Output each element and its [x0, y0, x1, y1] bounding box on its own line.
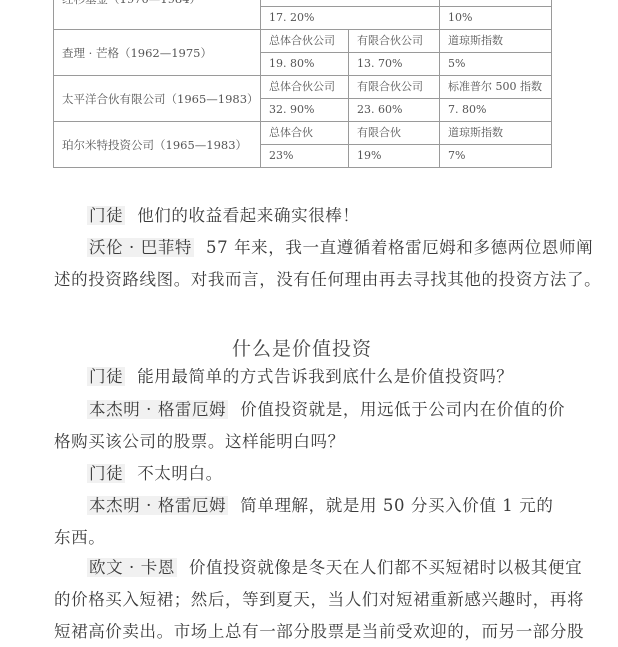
value-cell: 7. 80% [440, 99, 552, 122]
label-cell: 道琼斯指数 [440, 122, 552, 145]
speaker-name: 门徒 [87, 464, 125, 483]
section-heading: 什么是价值投资 [0, 334, 604, 361]
dialogue-text-line: 格购买该公司的股票。这样能明白吗？ [54, 430, 552, 454]
speaker-name: 门徒 [87, 206, 125, 225]
value-cell: 10% [440, 7, 552, 30]
dialogue-paragraph: 沃伦 · 巴菲特57 年来，我一直遵循着格雷厄姆和多德两位恩师阐 [54, 236, 552, 260]
label-cell: 总体合伙 [261, 122, 349, 145]
speaker-name: 欧文 · 卡恩 [87, 558, 177, 577]
dialogue-paragraph: 本杰明 · 格雷厄姆价值投资就是，用远低于公司内在价值的价 [54, 398, 552, 422]
label-cell: 标准普尔 500 指数 [440, 76, 552, 99]
dialogue-text: 他们的收益看起来确实很棒！ [137, 206, 359, 225]
dialogue-text-line: 述的投资路线图。对我而言，没有任何理由再去寻找其他的投资方法了。 [54, 268, 552, 292]
book-page: 红杉基金（1970—1984） 红杉基金 标准普尔 500 指数 17. 20%… [0, 0, 618, 647]
speaker-name: 沃伦 · 巴菲特 [87, 238, 194, 257]
dialogue-text: 简单理解，就是用 50 分买入价值 1 元的 [240, 496, 553, 515]
table-row: 查理 · 芒格（1962—1975） 总体合伙公司 有限合伙公司 道琼斯指数 [54, 30, 552, 53]
fund-name-cell: 查理 · 芒格（1962—1975） [54, 30, 261, 76]
dialogue-paragraph: 门徒不太明白。 [54, 462, 552, 486]
dialogue-text: 不太明白。 [137, 464, 223, 483]
dialogue-text-line: 东西。 [54, 526, 552, 550]
label-cell: 有限合伙公司 [349, 76, 440, 99]
fund-name-cell: 红杉基金（1970—1984） [54, 0, 261, 30]
speaker-name: 门徒 [87, 367, 125, 386]
dialogue-text: 价值投资就像是冬天在人们都不买短裙时以极其便宜 [189, 558, 582, 577]
value-cell: 13. 70% [349, 53, 440, 76]
label-cell: 有限合伙 [349, 122, 440, 145]
fund-name-cell: 珀尔米特投资公司（1965—1983） [54, 122, 261, 168]
table-row: 太平洋合伙有限公司（1965—1983） 总体合伙公司 有限合伙公司 标准普尔 … [54, 76, 552, 99]
dialogue-paragraph: 本杰明 · 格雷厄姆简单理解，就是用 50 分买入价值 1 元的 [54, 494, 552, 518]
dialogue-text: 57 年来，我一直遵循着格雷厄姆和多德两位恩师阐 [206, 238, 593, 257]
dialogue-paragraph: 欧文 · 卡恩价值投资就像是冬天在人们都不买短裙时以极其便宜 [54, 556, 552, 580]
value-cell: 7% [440, 145, 552, 168]
label-cell: 有限合伙公司 [349, 30, 440, 53]
table-row: 红杉基金（1970—1984） 红杉基金 标准普尔 500 指数 [54, 0, 552, 7]
dialogue-paragraph: 门徒他们的收益看起来确实很棒！ [54, 204, 552, 228]
label-cell: 总体合伙公司 [261, 76, 349, 99]
dialogue-paragraph: 门徒能用最简单的方式告诉我到底什么是价值投资吗？ [54, 365, 552, 389]
dialogue-text-line: 的价格买入短裙；然后，等到夏天，当人们对短裙重新感兴趣时，再将 [54, 588, 552, 612]
fund-returns-table: 红杉基金（1970—1984） 红杉基金 标准普尔 500 指数 17. 20%… [53, 0, 552, 168]
value-cell: 17. 20% [261, 7, 440, 30]
fund-name-cell: 太平洋合伙有限公司（1965—1983） [54, 76, 261, 122]
speaker-name: 本杰明 · 格雷厄姆 [87, 400, 228, 419]
value-cell: 5% [440, 53, 552, 76]
table-row: 珀尔米特投资公司（1965—1983） 总体合伙 有限合伙 道琼斯指数 [54, 122, 552, 145]
dialogue-text-line: 短裙高价卖出。市场上总有一部分股票是当前受欢迎的，而另一部分股 [54, 620, 552, 644]
label-cell: 道琼斯指数 [440, 30, 552, 53]
label-cell: 总体合伙公司 [261, 30, 349, 53]
value-cell: 23. 60% [349, 99, 440, 122]
value-cell: 32. 90% [261, 99, 349, 122]
value-cell: 19% [349, 145, 440, 168]
dialogue-text: 能用最简单的方式告诉我到底什么是价值投资吗？ [137, 367, 513, 386]
value-cell: 23% [261, 145, 349, 168]
speaker-name: 本杰明 · 格雷厄姆 [87, 496, 228, 515]
dialogue-text: 价值投资就是，用远低于公司内在价值的价 [240, 400, 565, 419]
label-cell: 标准普尔 500 指数 [440, 0, 552, 7]
value-cell: 19. 80% [261, 53, 349, 76]
